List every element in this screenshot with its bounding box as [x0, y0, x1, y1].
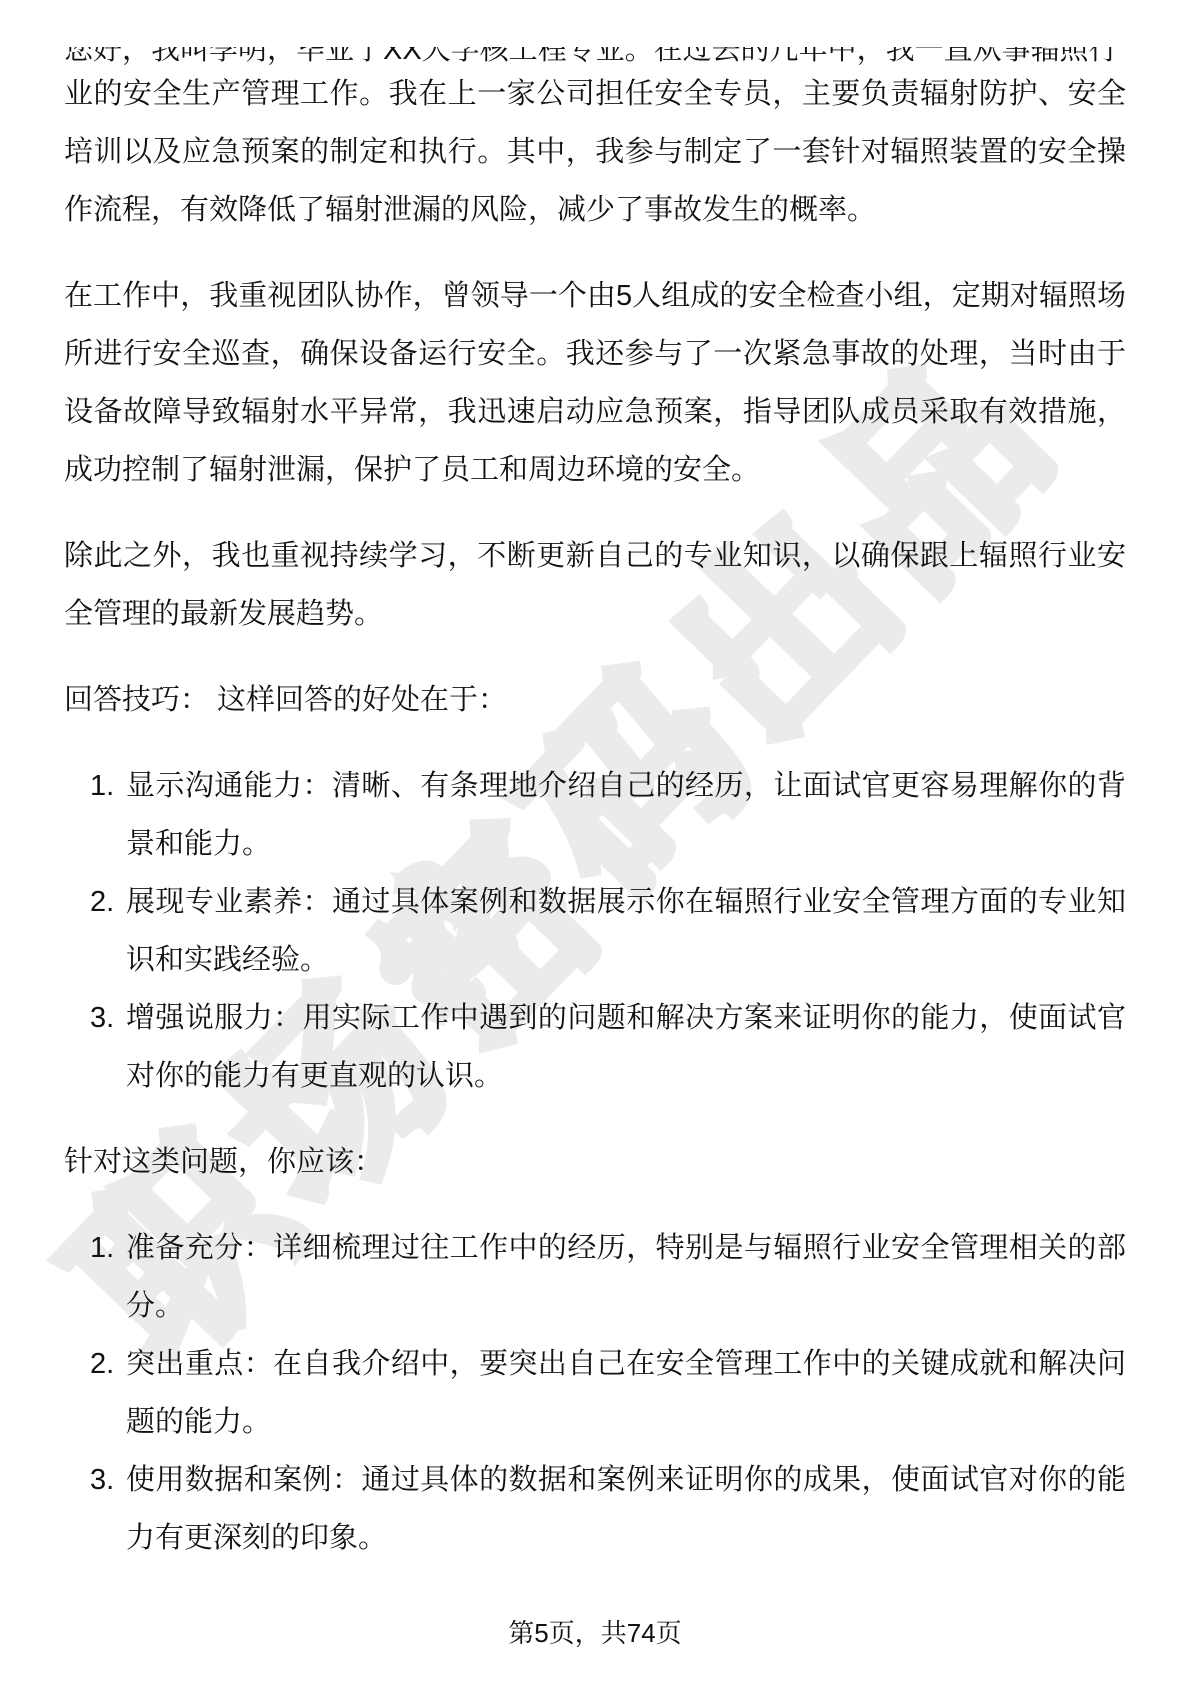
page-number-footer: 第5页，共74页 [0, 1616, 1190, 1650]
answer-tips-heading: 回答技巧： 这样回答的好处在于： [64, 671, 1126, 729]
list-item: 3. 增强说服力：用实际工作中遇到的问题和解决方案来证明你的能力，使面试官对你的… [90, 989, 1126, 1105]
teamwork-paragraph: 在工作中，我重视团队协作，曾领导一个由5人组成的安全检查小组，定期对辐照场所进行… [64, 267, 1126, 499]
item-number: 1. [90, 1219, 126, 1335]
item-number: 2. [90, 873, 126, 989]
list-item: 3. 使用数据和案例：通过具体的数据和案例来证明你的成果，使面试官对你的能力有更… [90, 1451, 1126, 1567]
intro-clipped-text: 您好，我叫李明，毕业于XX大学核工程专业。在过去的几年中，我一直从事辐照行 [64, 47, 1126, 65]
list-item: 1. 准备充分：详细梳理过往工作中的经历，特别是与辐照行业安全管理相关的部分。 [90, 1219, 1126, 1335]
item-text: 突出重点：在自我介绍中，要突出自己在安全管理工作中的关键成就和解决问题的能力。 [126, 1335, 1126, 1451]
advice-list: 1. 准备充分：详细梳理过往工作中的经历，特别是与辐照行业安全管理相关的部分。 … [90, 1219, 1126, 1567]
item-text: 准备充分：详细梳理过往工作中的经历，特别是与辐照行业安全管理相关的部分。 [126, 1219, 1126, 1335]
advice-heading: 针对这类问题，你应该： [64, 1133, 1126, 1191]
list-item: 1. 显示沟通能力：清晰、有条理地介绍自己的经历，让面试官更容易理解你的背景和能… [90, 757, 1126, 873]
item-text: 使用数据和案例：通过具体的数据和案例来证明你的成果，使面试官对你的能力有更深刻的… [126, 1451, 1126, 1567]
item-text: 展现专业素养：通过具体案例和数据展示你在辐照行业安全管理方面的专业知识和实践经验… [126, 873, 1126, 989]
intro-paragraph-clipped-line: 您好，我叫李明，毕业于XX大学核工程专业。在过去的几年中，我一直从事辐照行 [64, 47, 1126, 65]
benefits-list: 1. 显示沟通能力：清晰、有条理地介绍自己的经历，让面试官更容易理解你的背景和能… [90, 757, 1126, 1105]
item-number: 3. [90, 989, 126, 1105]
list-item: 2. 展现专业素养：通过具体案例和数据展示你在辐照行业安全管理方面的专业知识和实… [90, 873, 1126, 989]
list-item: 2. 突出重点：在自我介绍中，要突出自己在安全管理工作中的关键成就和解决问题的能… [90, 1335, 1126, 1451]
item-number: 2. [90, 1335, 126, 1451]
item-text: 显示沟通能力：清晰、有条理地介绍自己的经历，让面试官更容易理解你的背景和能力。 [126, 757, 1126, 873]
learning-paragraph: 除此之外，我也重视持续学习，不断更新自己的专业知识，以确保跟上辐照行业安全管理的… [64, 527, 1126, 643]
item-number: 1. [90, 757, 126, 873]
document-page: 职场密码出品 您好，我叫李明，毕业于XX大学核工程专业。在过去的几年中，我一直从… [0, 0, 1190, 1684]
page-content: 您好，我叫李明，毕业于XX大学核工程专业。在过去的几年中，我一直从事辐照行 业的… [0, 47, 1190, 1567]
item-text: 增强说服力：用实际工作中遇到的问题和解决方案来证明你的能力，使面试官对你的能力有… [126, 989, 1126, 1105]
item-number: 3. [90, 1451, 126, 1567]
intro-paragraph: 业的安全生产管理工作。我在上一家公司担任安全专员，主要负责辐射防护、安全培训以及… [64, 65, 1126, 239]
